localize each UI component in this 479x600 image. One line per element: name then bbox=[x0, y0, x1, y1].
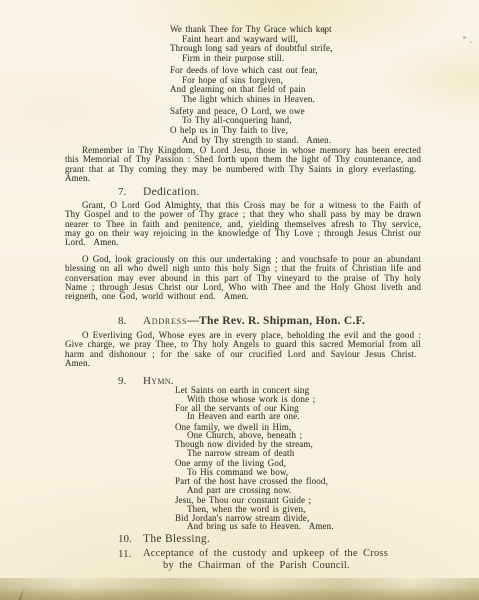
opening-hymn-stanza: For deeds of love which cast out fear, F… bbox=[170, 66, 333, 105]
section-number: 9. bbox=[118, 375, 143, 387]
opening-hymn-stanza: Safety and peace, O Lord, we owe To Thy … bbox=[170, 107, 333, 146]
opening-hymn-stanza: We thank Thee for Thy Grace which kept F… bbox=[170, 25, 333, 64]
paper-speck bbox=[463, 36, 466, 39]
prayer-dedication-2: O God, look graciously on this our under… bbox=[65, 255, 421, 301]
acceptance-line: Acceptance of the custody and upkeep of … bbox=[143, 548, 388, 560]
prayer-address: O Everliving God, Whose eyes are in ever… bbox=[65, 331, 421, 368]
page-bottom-edge bbox=[0, 578, 479, 600]
prayer-dedication-1: Grant, O Lord God Almighty, that this Cr… bbox=[65, 201, 421, 247]
section-heading-blessing: 10.The Blessing. bbox=[118, 529, 210, 547]
section-number: 8. bbox=[118, 315, 143, 327]
prayer-remember: Remember in Thy Kingdom, O Lord Jesu, th… bbox=[65, 146, 421, 183]
section-number: 7. bbox=[118, 186, 143, 198]
section-heading-hymn: 9.Hymn. bbox=[118, 371, 174, 389]
hymn-line: The narrow stream of death bbox=[175, 449, 334, 458]
acceptance-line: by the Chairman of the Parish Council. bbox=[143, 560, 388, 572]
section-title: Dedication. bbox=[143, 186, 200, 198]
hymn-line: The light which shines in Heaven. bbox=[170, 95, 333, 105]
hymn-stanza: Let Saints on earth in concert sing With… bbox=[175, 386, 334, 421]
opening-hymn: We thank Thee for Thy Grace which kept F… bbox=[170, 25, 333, 147]
section-heading-dedication: 7.Dedication. bbox=[118, 182, 200, 200]
hymn-stanza: Jesu, be Thou our constant Guide ; Then,… bbox=[175, 496, 334, 531]
hymn-line: In Heaven and earth are one. bbox=[175, 412, 334, 421]
section-title: Acceptance of the custody and upkeep of … bbox=[143, 548, 388, 571]
hymn-line: And by Thy strength to stand. Amen. bbox=[170, 136, 333, 146]
paper-speck bbox=[470, 41, 472, 43]
hymn-stanza: One army of the living God, To His comma… bbox=[175, 459, 334, 494]
section-number: 10. bbox=[118, 533, 143, 545]
section-number: 11. bbox=[118, 548, 143, 560]
section-title: Address bbox=[143, 315, 187, 327]
hymn: Let Saints on earth in concert sing With… bbox=[175, 386, 334, 533]
address-speaker: —The Rev. R. Shipman, Hon. C.F. bbox=[187, 315, 365, 327]
hymn-line: Firm in their purpose still. bbox=[170, 54, 333, 64]
section-title: Hymn. bbox=[143, 375, 174, 387]
section-heading-acceptance: 11.Acceptance of the custody and upkeep … bbox=[118, 548, 388, 573]
section-heading-address: 8.Address—The Rev. R. Shipman, Hon. C.F. bbox=[118, 311, 365, 329]
scanned-service-page: We thank Thee for Thy Grace which kept F… bbox=[0, 0, 479, 600]
section-title: The Blessing. bbox=[143, 533, 210, 545]
hymn-stanza: One family, we dwell in Him, One Church,… bbox=[175, 423, 334, 458]
hymn-line: And part are crossing now. bbox=[175, 486, 334, 495]
